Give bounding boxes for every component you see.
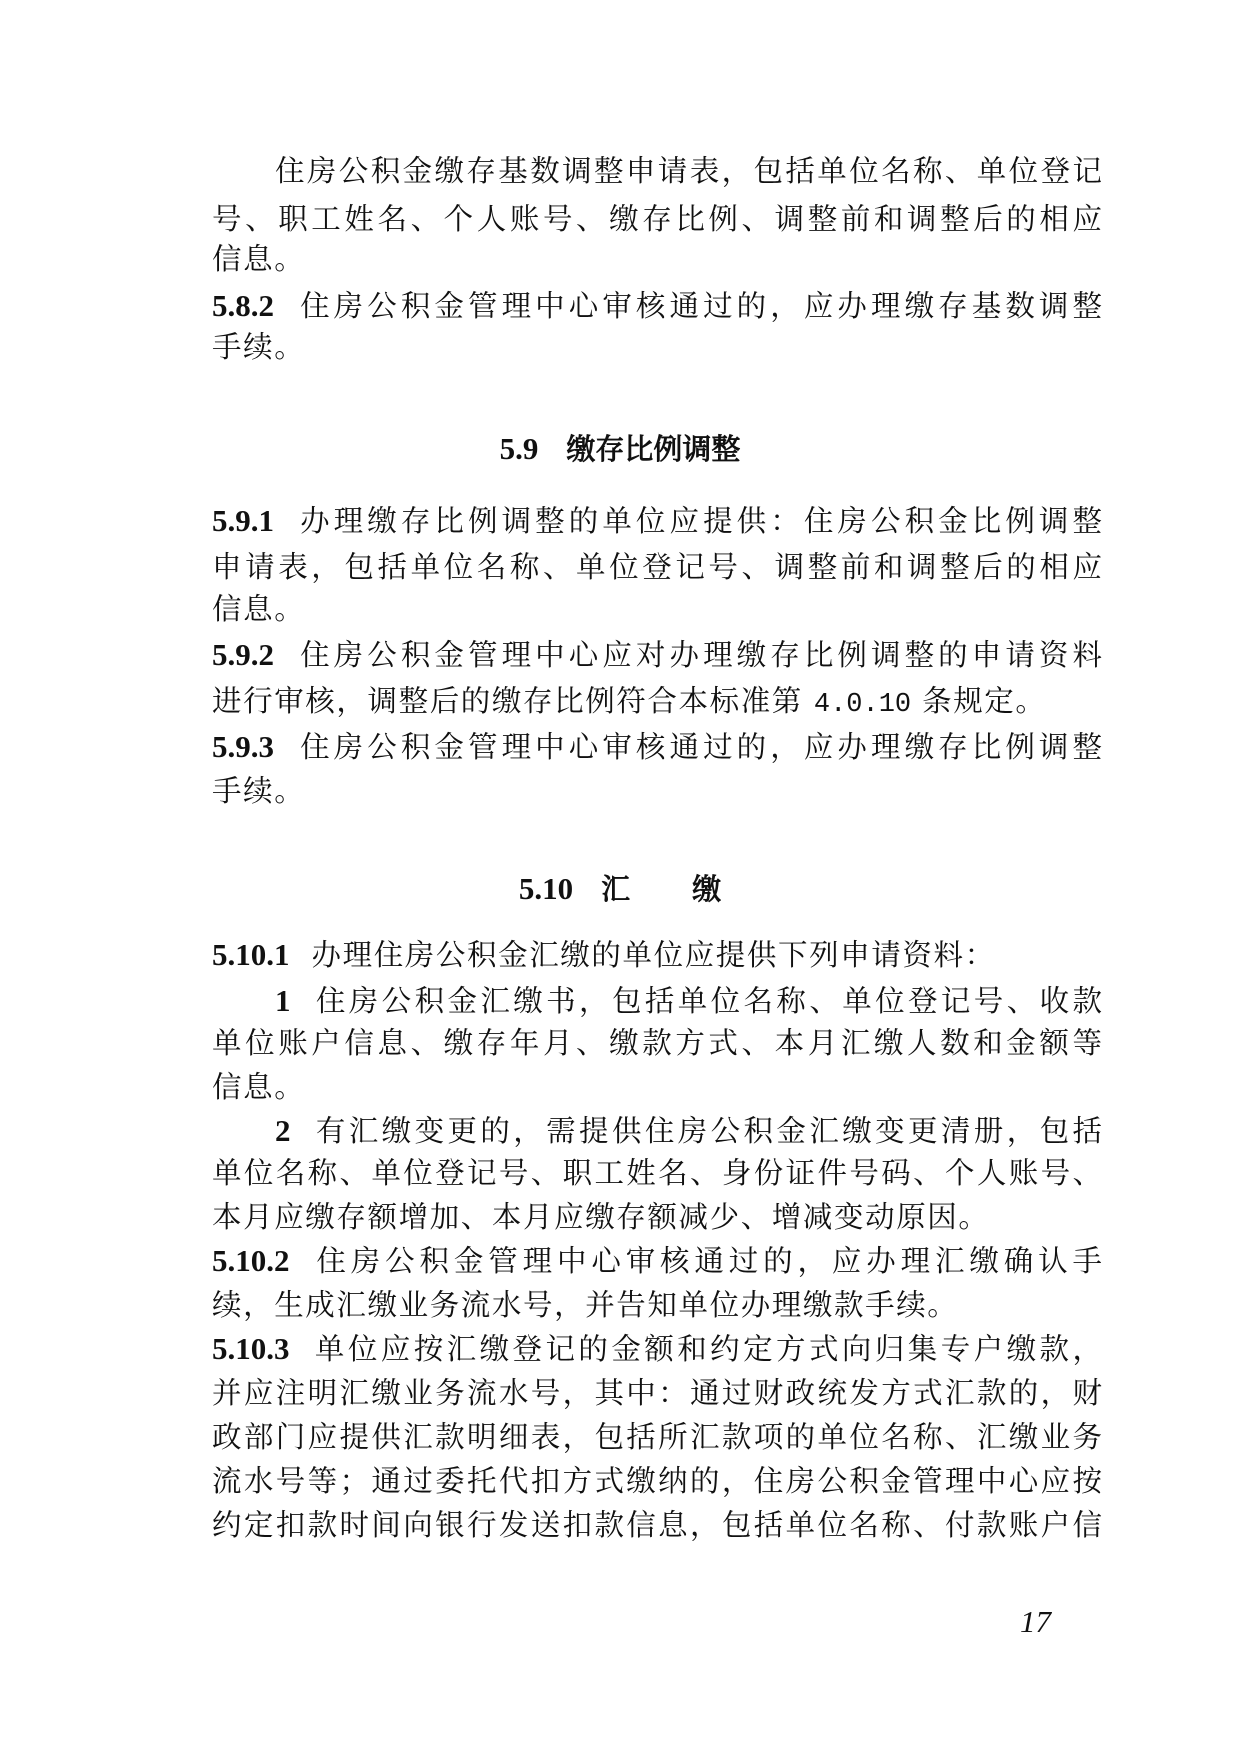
text-line: 约定扣款时间向银行发送扣款信息，包括单位名称、付款账户信 [212, 1504, 1102, 1546]
clause-5-9-3: 5.9.3住房公积金管理中心审核通过的，应办理缴存比例调整 [212, 726, 1102, 768]
section-title-part2: 缴 [692, 872, 721, 906]
text-line: 信息。 [212, 588, 1102, 630]
clause-text: 住房公积金管理中心审核通过的，应办理汇缴确认手 [312, 1244, 1103, 1278]
text-line: 手续。 [212, 770, 1102, 812]
clause-number: 5.10.2 [212, 1243, 290, 1278]
clause-5-10-3: 5.10.3单位应按汇缴登记的金额和约定方式向归集专户缴款， [212, 1328, 1102, 1370]
clause-text: 办理缴存比例调整的单位应提供：住房公积金比例调整 [296, 504, 1102, 538]
section-title: 缴存比例调整 [566, 432, 740, 466]
list-item-number: 1 [275, 983, 291, 1018]
clause-text: 条规定。 [922, 684, 1046, 718]
clause-number: 5.10.3 [212, 1331, 290, 1366]
list-item-2: 2有汇缴变更的，需提供住房公积金汇缴变更清册，包括 [275, 1110, 1102, 1152]
text-line: 信息。 [212, 1066, 1102, 1108]
text-line: 流水号等；通过委托代扣方式缴纳的，住房公积金管理中心应按 [212, 1460, 1102, 1502]
clause-5-10-2: 5.10.2住房公积金管理中心审核通过的，应办理汇缴确认手 [212, 1240, 1102, 1282]
clause-number: 5.9.1 [212, 503, 274, 538]
section-number: 5.10 [519, 871, 573, 906]
clause-number: 5.8.2 [212, 288, 274, 323]
clause-number: 5.9.2 [212, 637, 274, 672]
text-line: 手续。 [212, 326, 1102, 368]
clause-text: 住房公积金管理中心应对办理缴存比例调整的申请资料 [296, 638, 1102, 672]
clause-text: 住房公积金管理中心审核通过的，应办理缴存基数调整 [296, 289, 1102, 323]
page-number: 17 [1020, 1604, 1051, 1640]
clause-5-9-1: 5.9.1办理缴存比例调整的单位应提供：住房公积金比例调整 [212, 500, 1102, 542]
clause-text: 办理住房公积金汇缴的单位应提供下列申请资料： [312, 938, 996, 972]
clause-text: 单位应按汇缴登记的金额和约定方式向归集专户缴款， [312, 1332, 1103, 1366]
section-heading-5-10: 5.10汇缴 [0, 868, 1240, 910]
list-item-text: 住房公积金汇缴书，包括单位名称、单位登记号、收款 [313, 984, 1103, 1018]
list-item-1: 1住房公积金汇缴书，包括单位名称、单位登记号、收款 [275, 980, 1102, 1022]
text-line: 号、职工姓名、个人账号、缴存比例、调整前和调整后的相应 [212, 198, 1102, 240]
document-page: 住房公积金缴存基数调整申请表，包括单位名称、单位登记 号、职工姓名、个人账号、缴… [0, 0, 1240, 1738]
clause-5-8-2: 5.8.2住房公积金管理中心审核通过的，应办理缴存基数调整 [212, 285, 1102, 327]
text-line: 续，生成汇缴业务流水号，并告知单位办理缴款手续。 [212, 1284, 1102, 1326]
text-line: 信息。 [212, 238, 1102, 280]
standard-reference: 4.0.10 [814, 690, 911, 720]
clause-5-9-2: 5.9.2住房公积金管理中心应对办理缴存比例调整的申请资料 [212, 634, 1102, 676]
clause-text: 住房公积金管理中心审核通过的，应办理缴存比例调整 [296, 730, 1102, 764]
text-line: 申请表，包括单位名称、单位登记号、调整前和调整后的相应 [212, 546, 1102, 588]
text-line: 并应注明汇缴业务流水号，其中：通过财政统发方式汇款的，财 [212, 1372, 1102, 1414]
section-title-part1: 汇 [601, 872, 630, 906]
list-item-text: 有汇缴变更的，需提供住房公积金汇缴变更清册，包括 [313, 1114, 1103, 1148]
text-line: 单位账户信息、缴存年月、缴款方式、本月汇缴人数和金额等 [212, 1022, 1102, 1064]
clause-number: 5.9.3 [212, 729, 274, 764]
clause-number: 5.10.1 [212, 937, 290, 972]
text-line: 单位名称、单位登记号、职工姓名、身份证件号码、个人账号、 [212, 1152, 1102, 1194]
clause-text: 进行审核，调整后的缴存比例符合本标准第 [212, 684, 803, 718]
section-heading-5-9: 5.9缴存比例调整 [0, 428, 1240, 470]
text-line: 本月应缴存额增加、本月应缴存额减少、增减变动原因。 [212, 1196, 1102, 1238]
list-item-number: 2 [275, 1113, 291, 1148]
text-line: 进行审核，调整后的缴存比例符合本标准第 4.0.10 条规定。 [212, 680, 1102, 722]
text-line: 住房公积金缴存基数调整申请表，包括单位名称、单位登记 [275, 150, 1102, 192]
section-number: 5.9 [500, 431, 539, 466]
text-line: 政部门应提供汇款明细表，包括所汇款项的单位名称、汇缴业务 [212, 1416, 1102, 1458]
clause-5-10-1: 5.10.1办理住房公积金汇缴的单位应提供下列申请资料： [212, 934, 1102, 976]
